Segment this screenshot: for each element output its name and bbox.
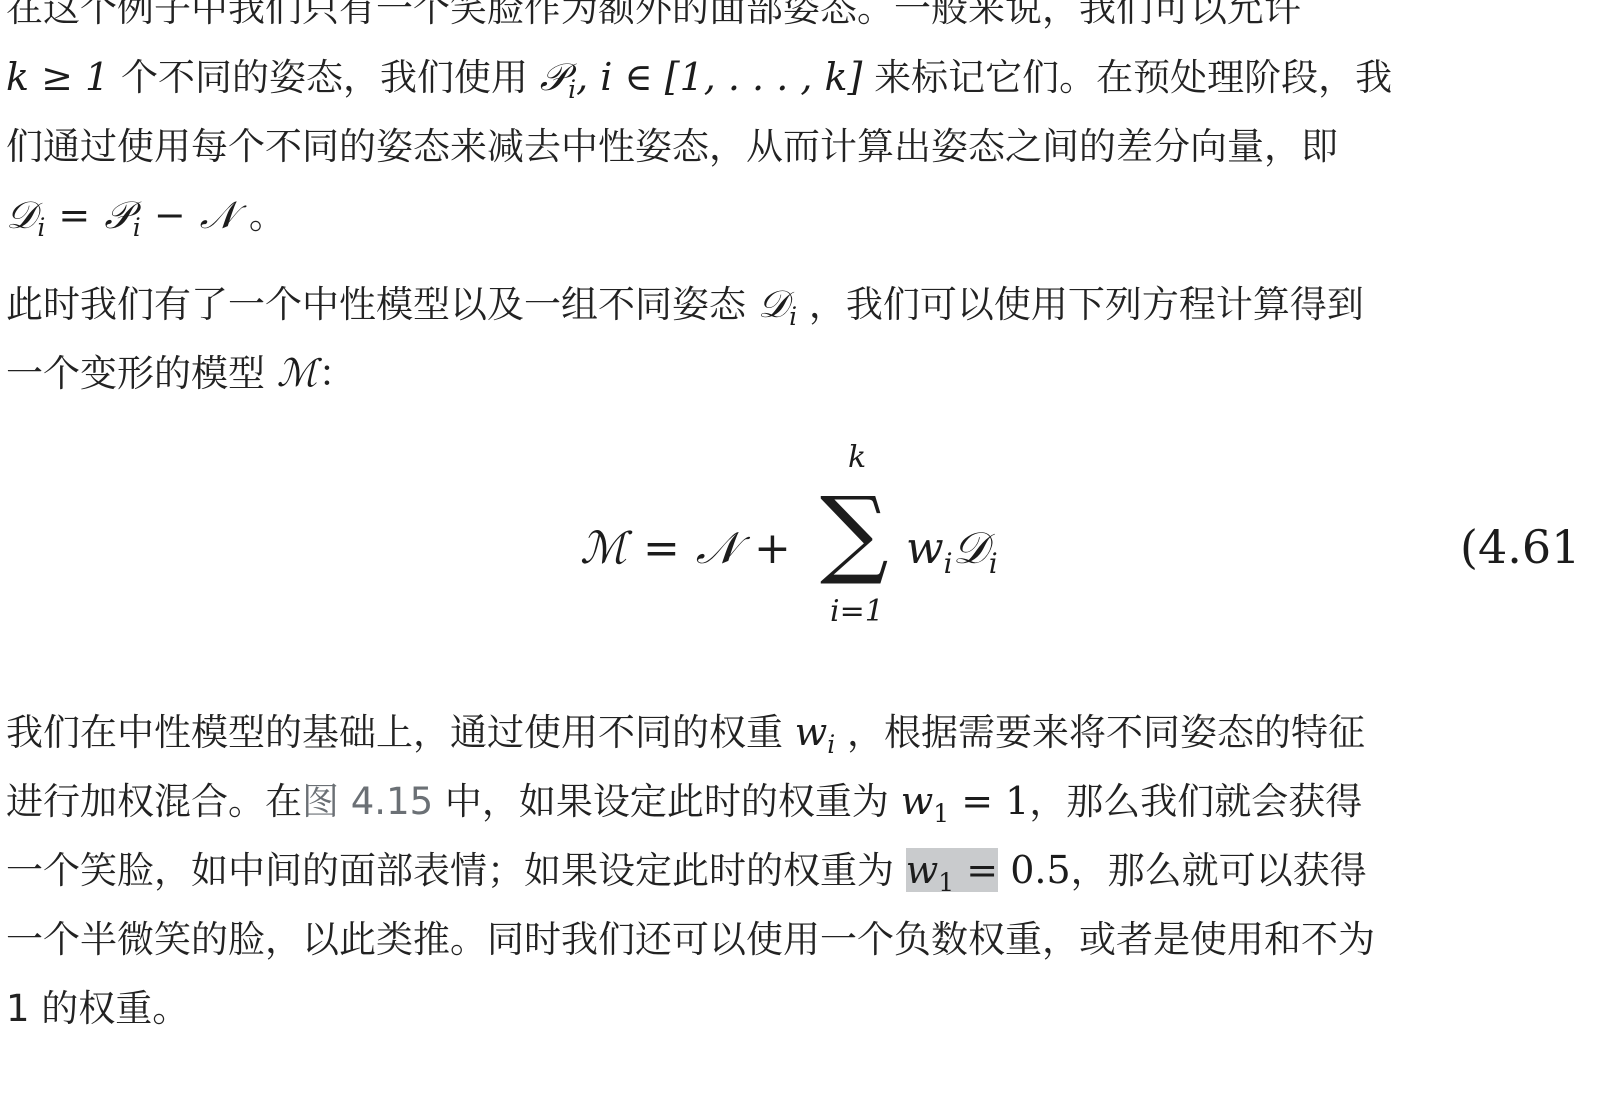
math-range: , i ∈ [1, . . . , k] xyxy=(576,55,862,99)
text: 此时我们有了一个中性模型以及一组不同姿态 xyxy=(6,283,758,326)
text: 来标记它们。在预处理阶段，我 xyxy=(862,56,1392,99)
math-symbol-P: = 𝒫 xyxy=(45,193,132,237)
document-page: 在这个例子中我们只有一个笑脸作为额外的面部姿态。一般来说，我们可以允许 k ≥ … xyxy=(6,0,1614,1063)
math-symbol-D: 𝒟 xyxy=(953,523,989,574)
text: 一个笑脸，如中间的面部表情；如果设定此时的权重为 xyxy=(6,849,906,892)
equation-number: (4.61 xyxy=(1460,520,1580,574)
math-symbol-N: − 𝒩 xyxy=(141,193,237,237)
text-line: 1 的权重。 xyxy=(6,974,1614,1043)
text: 1 的权重。 xyxy=(6,987,189,1030)
text: ，根据需要来将不同姿态的特征 xyxy=(835,711,1365,754)
math-k-geq-1: k ≥ 1 xyxy=(6,55,109,99)
math-subscript: i xyxy=(133,213,141,242)
math-value: = 1 xyxy=(949,779,1029,823)
math-symbol-D: 𝒟 xyxy=(758,282,789,326)
math-symbol-M: ℳ xyxy=(277,351,319,395)
text-line: 一个笑脸，如中间的面部表情；如果设定此时的权重为 w1 = 0.5，那么就可以获… xyxy=(6,836,1614,905)
paragraph-morph-intro: 此时我们有了一个中性模型以及一组不同姿态 𝒟i ，我们可以使用下列方程计算得到 … xyxy=(6,270,1614,408)
text-line: 在这个例子中我们只有一个笑脸作为额外的面部姿态。一般来说，我们可以允许 xyxy=(6,0,1614,43)
equation-lhs: ℳ = 𝒩 + xyxy=(580,523,792,574)
text-line: 一个半微笑的脸，以此类推。同时我们还可以使用一个负数权重，或者是使用和不为 xyxy=(6,905,1614,974)
text: ，我们可以使用下列方程计算得到 xyxy=(797,283,1364,326)
text: ，那么我们就会获得 xyxy=(1029,780,1362,823)
math-subscript: i xyxy=(944,547,953,580)
text-line: 进行加权混合。在图 4.15 中，如果设定此时的权重为 w1 = 1，那么我们就… xyxy=(6,767,1614,836)
text: 们通过使用每个不同的姿态来减去中性姿态，从而计算出姿态之间的差分向量，即 xyxy=(6,125,1338,168)
text: 在这个例子中我们只有一个笑脸作为额外的面部姿态。一般来说，我们可以允许 xyxy=(6,0,1301,30)
text-line: 此时我们有了一个中性模型以及一组不同姿态 𝒟i ，我们可以使用下列方程计算得到 xyxy=(6,270,1614,339)
math-symbol-w: w xyxy=(901,779,934,823)
text: 中，如果设定此时的权重为 xyxy=(433,780,901,823)
text-line: 𝒟i = 𝒫i − 𝒩 。 xyxy=(6,181,1614,250)
text-line: 一个变形的模型 ℳ： xyxy=(6,339,1614,408)
math-w1-equals-1: w1 = 1 xyxy=(901,779,1030,823)
text: 个不同的姿态，我们使用 xyxy=(109,56,540,99)
math-symbol-P: 𝒫 xyxy=(540,55,568,99)
text-line: 们通过使用每个不同的姿态来减去中性姿态，从而计算出姿态之间的差分向量，即 xyxy=(6,112,1614,181)
math-subscript: 1 xyxy=(933,799,949,828)
math-symbol-w: w xyxy=(906,848,939,892)
math-pose-set: 𝒫i, i ∈ [1, . . . , k] xyxy=(540,55,863,99)
text: ，那么就可以获得 xyxy=(1071,849,1367,892)
math-symbol-D: 𝒟 xyxy=(6,193,37,237)
math-w-i: wi xyxy=(795,710,836,754)
math-subscript: i xyxy=(989,547,998,580)
text-line: 我们在中性模型的基础上，通过使用不同的权重 wi ，根据需要来将不同姿态的特征 xyxy=(6,698,1614,767)
math-subscript: i xyxy=(568,75,576,104)
equation-rhs: wi𝒟i xyxy=(906,523,998,574)
text: 一个半微笑的脸，以此类推。同时我们还可以使用一个负数权重，或者是使用和不为 xyxy=(6,918,1375,961)
selected-text-highlight[interactable]: w1 = xyxy=(906,848,998,892)
math-symbol-w: w xyxy=(795,710,828,754)
summation-symbol: ∑ xyxy=(820,484,889,580)
figure-reference-link[interactable]: 图 4.15 xyxy=(302,780,433,823)
text: ： xyxy=(318,352,355,395)
math-difference-vector: 𝒟i = 𝒫i − 𝒩 xyxy=(6,193,237,237)
text: 一个变形的模型 xyxy=(6,352,277,395)
sum-upper-limit: k xyxy=(848,440,866,475)
math-D-i: 𝒟i xyxy=(758,282,797,326)
math-symbol-w: w xyxy=(906,523,944,574)
text: 我们在中性模型的基础上，通过使用不同的权重 xyxy=(6,711,795,754)
paragraph-weight-blending: 我们在中性模型的基础上，通过使用不同的权重 wi ，根据需要来将不同姿态的特征 … xyxy=(6,698,1614,1043)
text: 。 xyxy=(237,194,286,237)
sum-lower-limit: i=1 xyxy=(830,594,884,629)
math-value: 0.5 xyxy=(998,848,1071,892)
math-w1-equals-0-5: w1 = 0.5 xyxy=(906,848,1071,892)
paragraph-pose-definition: 在这个例子中我们只有一个笑脸作为额外的面部姿态。一般来说，我们可以允许 k ≥ … xyxy=(6,0,1614,250)
math-equals: = xyxy=(954,848,998,892)
math-subscript: i xyxy=(789,302,797,331)
math-subscript: 1 xyxy=(938,868,954,897)
text-line: k ≥ 1 个不同的姿态，我们使用 𝒫i, i ∈ [1, . . . , k]… xyxy=(6,43,1614,112)
text: 进行加权混合。在 xyxy=(6,780,302,823)
display-equation-4-61: ℳ = 𝒩 + k ∑ i=1 wi𝒟i (4.61 xyxy=(6,428,1614,678)
